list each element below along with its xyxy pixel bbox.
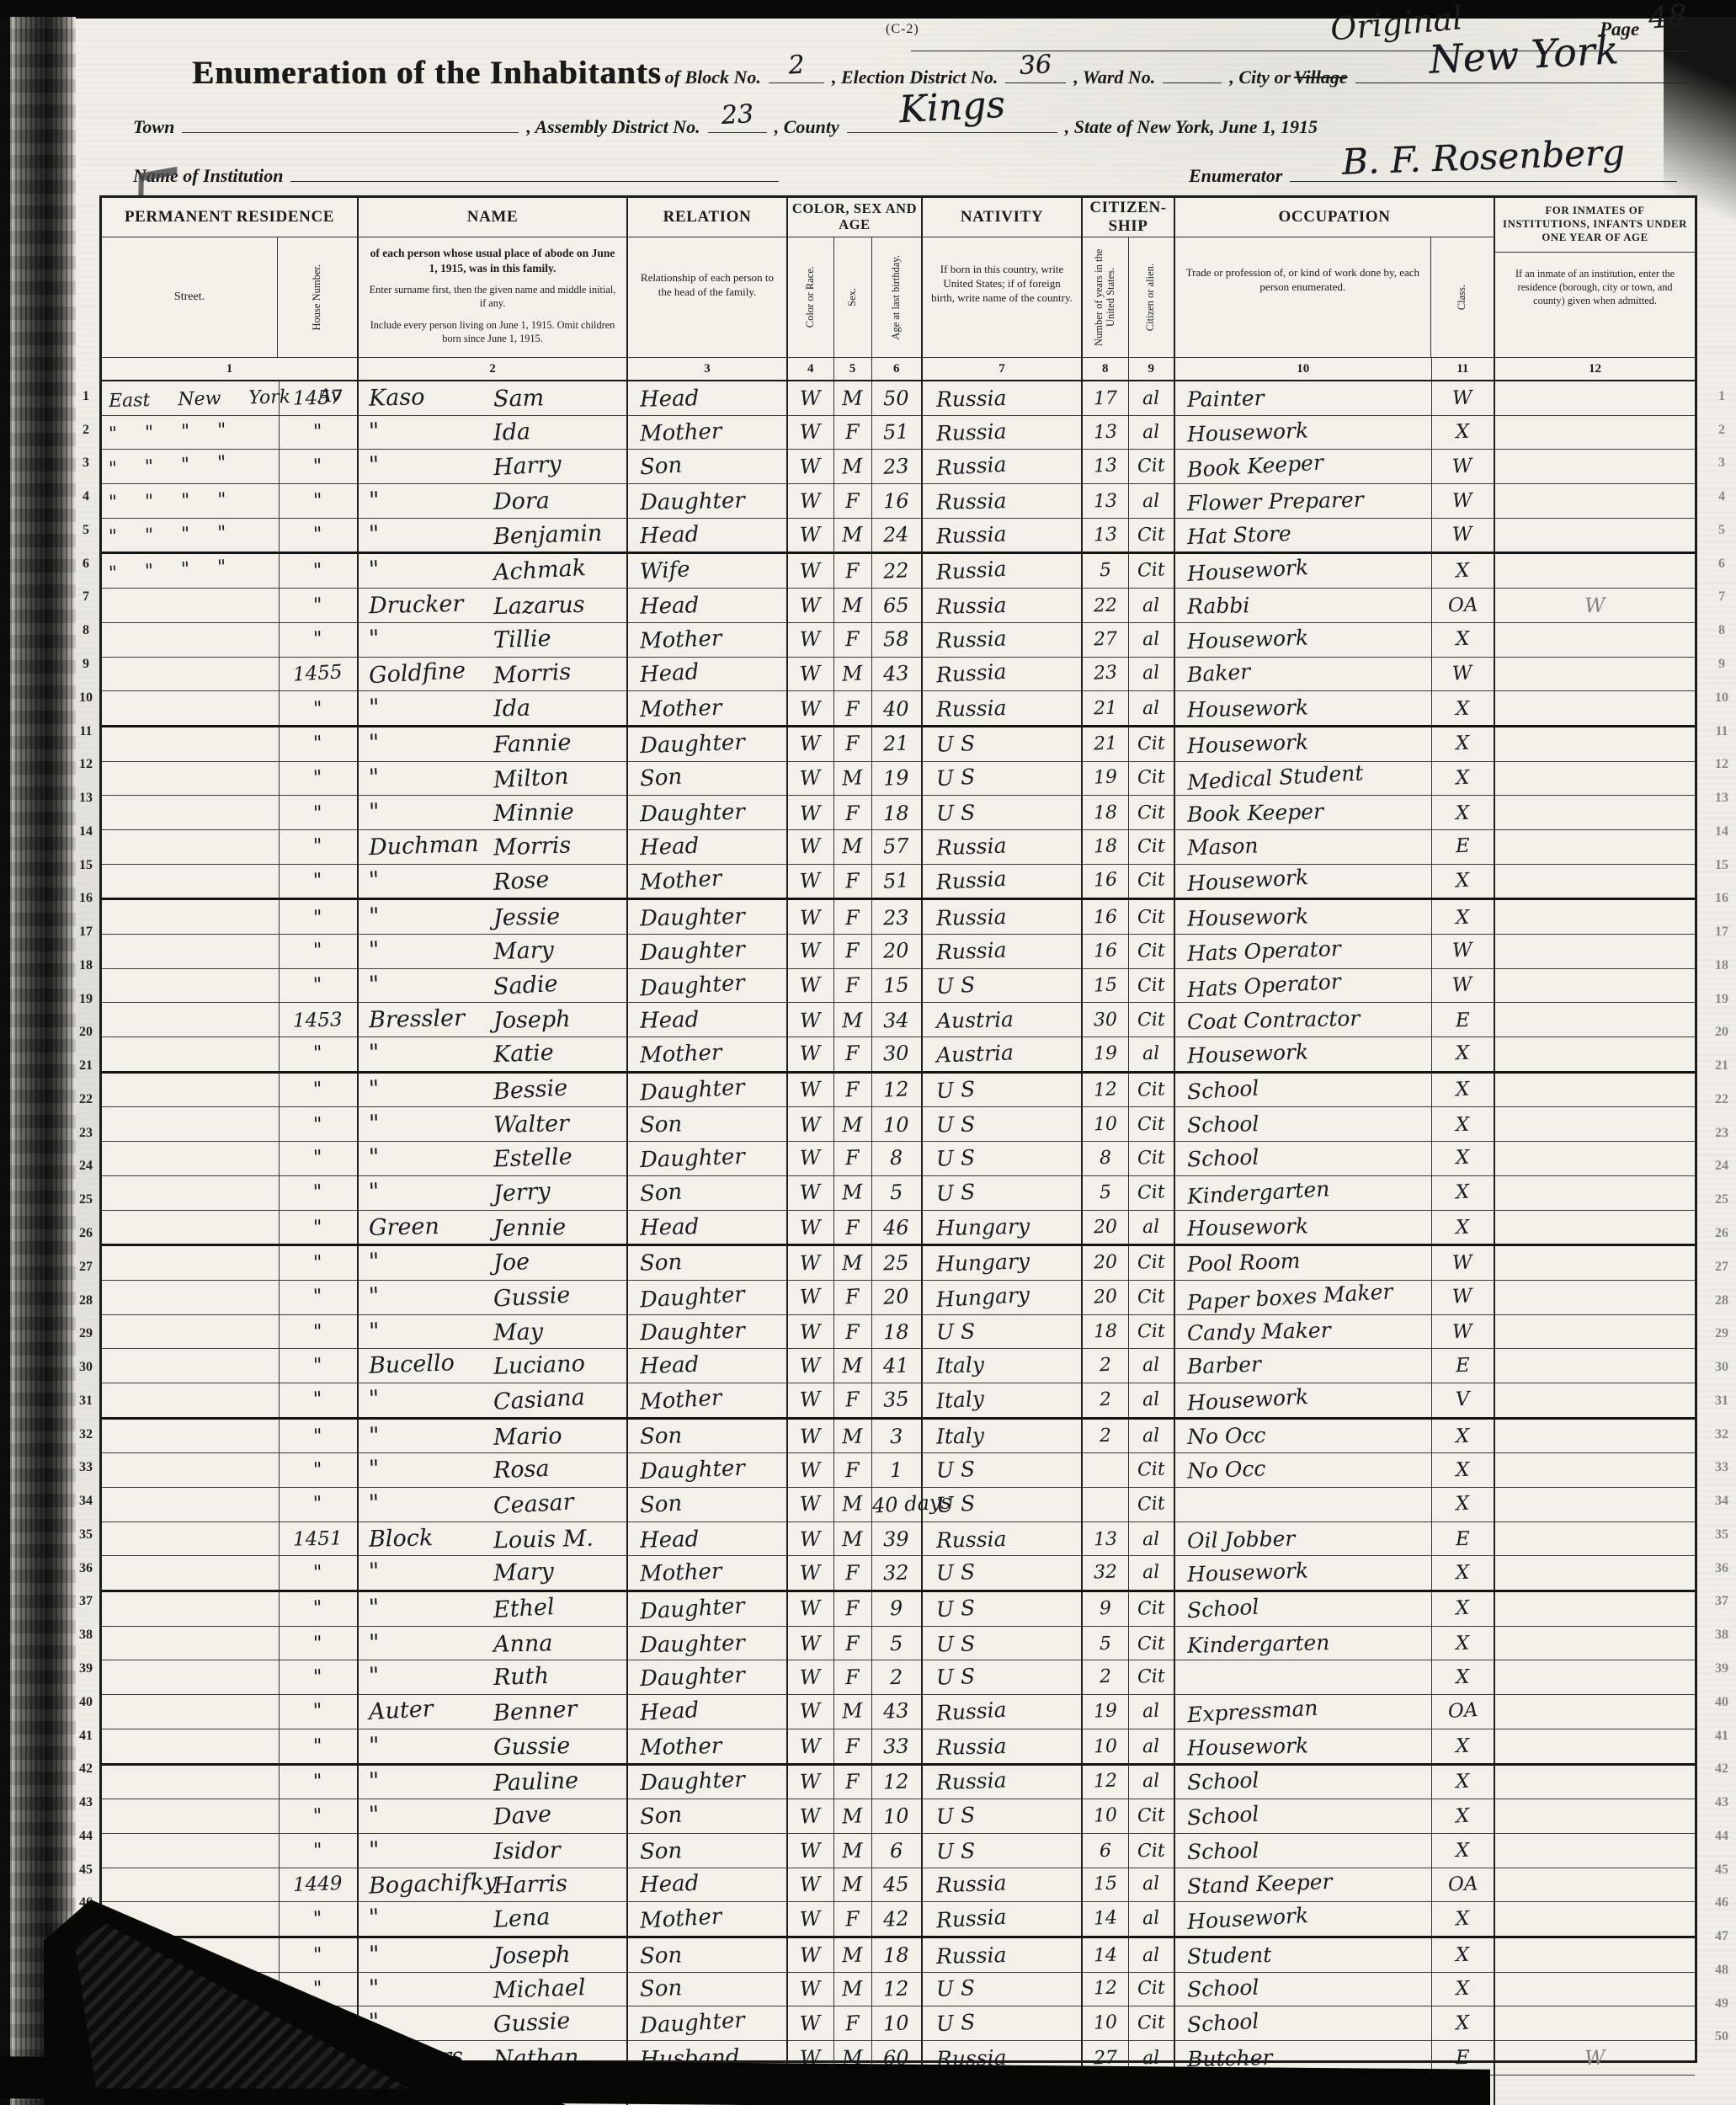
column-number-2: 2 (358, 358, 627, 381)
cell-relation: Mother (627, 691, 787, 727)
nativity-value: Italy (936, 1426, 985, 1447)
cell-occupation: Hats Operator (1174, 935, 1431, 969)
cell-nativity: Russia (922, 829, 1082, 864)
cell-house: " (279, 1314, 358, 1349)
column-number-row: 123456789101112 (102, 358, 1695, 381)
cell-house: " (279, 1418, 358, 1453)
line-number: 2 (1709, 413, 1734, 447)
citizen-value: al (1142, 1427, 1160, 1446)
occupation-value: Baker (1186, 661, 1250, 685)
cell-street (102, 1349, 279, 1383)
cell-class: X (1431, 1037, 1494, 1073)
color-value: W (800, 1945, 821, 1966)
line-number: 48 (1709, 1953, 1734, 1987)
block-label: of Block No. (665, 67, 761, 88)
house-value: " (313, 1634, 322, 1654)
enumeration-table: PERMANENT RESIDENCE Street. House Number… (99, 195, 1697, 2063)
house-value: " (313, 1116, 322, 1135)
cell-occupation: No Occ (1174, 1418, 1431, 1453)
cell-sex: F (833, 484, 871, 519)
cell-citizen: Cit (1128, 1626, 1174, 1660)
line-number: 9 (74, 647, 98, 681)
cell-occupation: School (1174, 1764, 1431, 1799)
cell-inmates (1494, 1591, 1695, 1627)
table-row: ""RuthDaughterWF2U S2CitX (102, 1660, 1695, 1695)
age-value: 21 (883, 733, 909, 754)
table-row: ""PaulineDaughterWF12Russia12alSchoolX (102, 1764, 1695, 1799)
cell-citizen: Cit (1128, 1245, 1174, 1281)
years-value: 10 (1093, 2013, 1117, 2033)
cell-nativity: U S (922, 1972, 1082, 2006)
cell-house: 1453 (279, 1003, 358, 1037)
color-value: W (800, 1771, 821, 1792)
cell-relation: Mother (627, 1037, 787, 1073)
cell-street (102, 1037, 279, 1073)
cell-inmates (1494, 1937, 1695, 1972)
cell-name: "Jerry (358, 1175, 627, 1210)
cell-nativity: Russia (922, 657, 1082, 691)
given-name-value: Dora (493, 489, 551, 514)
given-name-value: Joseph (493, 1943, 571, 1968)
citizen-value: Cit (1137, 1841, 1165, 1861)
cell-name: "Walter (358, 1107, 627, 1142)
name-desc-3: Include every person living on June 1, 1… (359, 311, 626, 346)
age-value: 16 (883, 491, 909, 512)
cell-street (102, 1418, 279, 1453)
cell-sex: M (833, 1418, 871, 1453)
age-value: 12 (883, 1079, 910, 1100)
nativity-value: U S (936, 802, 976, 824)
cell-years: 8 (1082, 1142, 1128, 1176)
color-value: W (800, 1079, 822, 1100)
cell-class: E (1431, 829, 1494, 864)
cell-occupation: Mason (1174, 829, 1431, 864)
cell-street (102, 1764, 279, 1799)
age-value: 41 (883, 1355, 909, 1376)
cell-occupation: Coat Contractor (1174, 1003, 1431, 1037)
cell-inmates (1494, 1695, 1695, 1729)
nativity-value: U S (936, 1978, 976, 2001)
table-row: ""MiltonSonWM19U S19CitMedical StudentX (102, 761, 1695, 796)
cell-relation: Son (627, 1833, 787, 1868)
color-value: W (800, 1115, 821, 1136)
column-number-4: 4 (787, 358, 833, 381)
cell-citizen: al (1128, 1868, 1174, 1902)
occupation-value: School (1187, 1770, 1259, 1793)
line-number: 13 (1709, 781, 1734, 815)
occupation-value: Barber (1187, 1354, 1262, 1378)
surname-value: " (369, 419, 380, 442)
occupation-value: School (1187, 1840, 1259, 1863)
cell-name: BucelloLuciano (358, 1349, 627, 1383)
table-row: ""WalterSonWM10U S10CitSchoolX (102, 1107, 1695, 1142)
house-value: " (313, 976, 323, 996)
cell-citizen: Cit (1128, 1280, 1174, 1314)
age-value: 20 (883, 1286, 910, 1308)
cell-age: 1 (871, 1453, 922, 1488)
citizen-value: Cit (1137, 837, 1165, 856)
cell-nativity: Russia (922, 1521, 1082, 1556)
cell-age: 51 (871, 864, 922, 899)
cell-street (102, 1521, 279, 1556)
citizen-value: Cit (1137, 456, 1165, 477)
sex-value: F (845, 1459, 860, 1480)
age-value: 22 (883, 560, 910, 582)
line-number: 41 (1709, 1719, 1734, 1753)
cell-street: " " " " (102, 450, 279, 484)
cell-years: 10 (1082, 1729, 1128, 1764)
cell-age: 23 (871, 450, 922, 484)
class-value: X (1455, 561, 1470, 581)
cell-sex: M (833, 1488, 871, 1522)
table-row: ""KatieMotherWF30Austria19alHouseworkX (102, 1037, 1695, 1073)
election-no-field: 36 (1005, 78, 1066, 83)
house-value: " (313, 1495, 323, 1515)
cell-sex: M (833, 1695, 871, 1729)
cell-sex: F (833, 1591, 871, 1627)
table-row: East New York Av1457KasoSamHeadWM50Russi… (102, 381, 1695, 415)
cell-sex: M (833, 1521, 871, 1556)
cell-years: 13 (1082, 450, 1128, 484)
occupation-value: School (1186, 1596, 1259, 1622)
cell-class: X (1431, 1142, 1494, 1176)
line-number: 47 (1709, 1920, 1734, 1953)
relation-value: Mother (639, 1387, 722, 1413)
cell-occupation: Housework (1174, 1729, 1431, 1764)
cell-age: 18 (871, 1937, 922, 1972)
cell-street (102, 1072, 279, 1107)
town-line: Town , Assembly District No. 23 , County… (133, 116, 1564, 138)
relation-value: Daughter (639, 1595, 745, 1623)
sex-value: M (842, 1252, 863, 1273)
cell-years: 14 (1082, 1937, 1128, 1972)
occupation-value: Painter (1187, 387, 1265, 410)
cell-citizen: al (1128, 1383, 1174, 1418)
cell-color: W (787, 1245, 833, 1281)
house-value: " (313, 1218, 322, 1238)
election-no-value: 36 (1019, 50, 1052, 81)
street-value: " " " " (109, 421, 226, 444)
cell-class: X (1431, 1453, 1494, 1488)
cell-color: W (787, 518, 833, 553)
cell-street (102, 829, 279, 864)
relation-desc: Relationship of each person to the head … (628, 237, 786, 300)
age-value: 51 (883, 870, 910, 892)
class-value: X (1456, 699, 1470, 718)
cell-nativity: Russia (922, 450, 1082, 484)
cell-years: 19 (1082, 761, 1128, 796)
given-name-value: Gussie (493, 2010, 571, 2037)
nativity-value: Russia (936, 627, 1007, 651)
line-number: 41 (74, 1719, 98, 1753)
cell-years: 16 (1082, 864, 1128, 899)
cell-sex: F (833, 899, 871, 935)
table-row: ""AnnaDaughterWF5U S5CitKindergartenX (102, 1626, 1695, 1660)
occupation-value: Expressman (1186, 1697, 1318, 1726)
cell-nativity: Russia (922, 691, 1082, 727)
cell-age: 8 (871, 1142, 922, 1176)
cell-name: "Pauline (358, 1764, 627, 1799)
cell-occupation (1174, 1660, 1431, 1695)
street-sublabel: Street. (102, 237, 277, 357)
cell-occupation: Hat Store (1174, 518, 1431, 553)
cell-age: 5 (871, 1626, 922, 1660)
cell-house: " (279, 1902, 358, 1937)
cell-street (102, 657, 279, 691)
cell-color: W (787, 1003, 833, 1037)
cell-inmates (1494, 726, 1695, 761)
sex-value: F (845, 1772, 860, 1793)
citizen-value: Cit (1137, 1116, 1165, 1135)
census-table-body: East New York Av1457KasoSamHeadWM50Russi… (102, 381, 1695, 2105)
sex-value: F (845, 1633, 860, 1654)
cell-age: 50 (871, 381, 922, 415)
surname-value: " (368, 1388, 380, 1411)
table-row: " " " """HarrySonWM23Russia13CitBook Kee… (102, 450, 1695, 484)
color-value: W (800, 525, 821, 546)
cell-inmates (1494, 1072, 1695, 1107)
cell-inmates (1494, 1764, 1695, 1799)
cell-relation: Mother (627, 622, 787, 657)
cell-street (102, 1003, 279, 1037)
house-value: " (313, 596, 322, 616)
cell-relation: Head (627, 1521, 787, 1556)
cell-color: W (787, 1349, 833, 1383)
cell-inmates: W (1494, 2041, 1695, 2076)
sex-value: F (845, 629, 860, 650)
color-value: W (800, 1873, 821, 1894)
line-number: 17 (74, 915, 98, 949)
citizen-value: Cit (1137, 1634, 1165, 1654)
cell-age: 6 (871, 1833, 922, 1868)
county-field: Kings (847, 128, 1057, 133)
cell-sex: F (833, 1660, 871, 1695)
cell-occupation: Housework (1174, 1037, 1431, 1073)
sex-value: F (845, 422, 860, 443)
surname-value: Duchman (369, 833, 480, 860)
table-row: "DruckerLazarusHeadWM65Russia22alRabbiOA… (102, 589, 1695, 623)
cell-inmates (1494, 484, 1695, 519)
relation-value: Mother (640, 420, 722, 445)
cell-color: W (787, 1937, 833, 1972)
cell-class: X (1431, 1902, 1494, 1937)
cell-house: " (279, 1072, 358, 1107)
occupation-value: Book Keeper (1186, 452, 1323, 481)
citizen-value: al (1142, 700, 1160, 718)
given-name-value: Morris (493, 660, 572, 687)
occupation-value: Hat Store (1187, 522, 1291, 546)
cell-nativity: Austria (922, 1037, 1082, 1073)
cell-sex: M (833, 1868, 871, 1902)
sex-value: F (845, 491, 860, 511)
cell-house: " (279, 484, 358, 519)
inmates-value: W (1584, 595, 1606, 616)
table-row: ""FannieDaughterWF21U S21CitHouseworkX (102, 726, 1695, 761)
cell-years: 12 (1082, 1072, 1128, 1107)
cell-nativity: U S (922, 2006, 1082, 2041)
cell-inmates (1494, 1280, 1695, 1314)
house-value: " (313, 1599, 323, 1619)
cell-class: X (1431, 796, 1494, 830)
cell-street (102, 968, 279, 1003)
nativity-label: NATIVITY (923, 198, 1081, 237)
cell-name: "Harry (358, 450, 627, 484)
color-value: W (800, 2012, 822, 2033)
line-number: 30 (74, 1351, 98, 1384)
cell-citizen: Cit (1128, 518, 1174, 553)
line-number: 25 (1709, 1183, 1734, 1217)
cell-occupation: School (1174, 1799, 1431, 1834)
cell-name: "Mary (358, 1556, 627, 1591)
citizen-value: al (1142, 1910, 1160, 1929)
relation-value: Head (639, 1699, 700, 1724)
cell-sex: M (833, 1107, 871, 1142)
cell-age: 41 (871, 1349, 922, 1383)
class-value: X (1456, 423, 1470, 443)
cell-age: 10 (871, 1799, 922, 1834)
cell-inmates (1494, 1868, 1695, 1902)
occupation-label: OCCUPATION (1175, 198, 1494, 237)
given-name-value: Ruth (493, 1665, 550, 1689)
cell-years: 30 (1082, 1003, 1128, 1037)
line-number: 24 (1709, 1150, 1734, 1184)
nativity-value: Russia (936, 523, 1007, 546)
citizen-value: al (1142, 423, 1160, 442)
nativity-value: Austria (936, 1042, 1014, 1065)
cell-nativity: U S (922, 1833, 1082, 1868)
cell-relation: Mother (627, 1556, 787, 1591)
cell-inmates (1494, 1210, 1695, 1245)
cell-name: "Ceasar (358, 1488, 627, 1522)
cell-relation: Son (627, 1175, 787, 1210)
cell-relation: Daughter (627, 2006, 787, 2041)
line-number: 3 (74, 447, 98, 481)
cell-inmates (1494, 1556, 1695, 1591)
cell-color: W (787, 829, 833, 864)
sex-value: M (842, 1010, 863, 1031)
cell-inmates (1494, 864, 1695, 899)
cell-nativity: U S (922, 1453, 1082, 1488)
citizen-value: al (1142, 493, 1160, 511)
cell-sex: M (833, 1349, 871, 1383)
color-value: W (800, 698, 821, 719)
cell-color: W (787, 553, 833, 589)
line-number: 14 (74, 815, 98, 849)
age-value: 8 (890, 1148, 903, 1169)
cell-nativity: Russia (922, 864, 1082, 899)
cell-house: " (279, 1833, 358, 1868)
block-no-value: 2 (787, 51, 805, 81)
surname-value: " (369, 939, 380, 962)
ward-label: , Ward No. (1073, 67, 1155, 88)
sex-value: F (845, 1322, 860, 1342)
sex-value: M (842, 525, 863, 546)
years-value: 9 (1099, 1600, 1111, 1619)
nativity-value: U S (936, 1458, 976, 1481)
cell-occupation: Kindergarten (1174, 1626, 1431, 1660)
given-name-value: Anna (493, 1632, 553, 1656)
cell-years: 9 (1082, 1591, 1128, 1627)
cell-house: " (279, 415, 358, 450)
sex-value: M (842, 1494, 864, 1515)
color-value: W (800, 1252, 821, 1273)
relation-value: Daughter (640, 1146, 746, 1171)
color-value: W (800, 1181, 822, 1202)
street-value: " " " " (108, 558, 226, 584)
nativity-value: Russia (936, 1944, 1007, 1967)
nativity-value: Russia (936, 490, 1007, 513)
age-value: 34 (883, 1010, 909, 1031)
class-value: E (1455, 1356, 1470, 1376)
cell-street (102, 1142, 279, 1176)
city-field: New York (1355, 78, 1692, 83)
surname-value: " (369, 1319, 380, 1342)
relation-value: Mother (640, 1735, 722, 1759)
age-value: 57 (883, 836, 909, 857)
cell-house: " (279, 1764, 358, 1799)
nativity-value: Russia (936, 1770, 1007, 1793)
cell-relation: Son (627, 761, 787, 796)
nativity-value: U S (936, 733, 976, 755)
line-number: 45 (74, 1853, 98, 1887)
cell-inmates (1494, 1418, 1695, 1453)
class-value: X (1456, 1148, 1470, 1169)
house-value: 1453 (293, 1010, 343, 1031)
column-color-sex-age: COLOR, SEX AND AGE Color or Race. Sex. A… (787, 198, 922, 358)
surname-value: " (369, 1632, 380, 1655)
cell-nativity: U S (922, 1175, 1082, 1210)
cell-sex: F (833, 1764, 871, 1799)
cell-name: "Rose (358, 864, 627, 899)
cell-occupation: Book Keeper (1174, 450, 1431, 484)
cell-class: OA (1431, 1695, 1494, 1729)
line-number: 10 (1709, 681, 1734, 715)
sex-value: F (845, 1287, 860, 1308)
column-permanent-residence: PERMANENT RESIDENCE Street. House Number… (102, 198, 358, 358)
column-name: NAME of each person whose usual place of… (358, 198, 627, 358)
age-value: 43 (883, 1701, 910, 1723)
cell-class: X (1431, 1937, 1494, 1972)
relation-value: Son (640, 1840, 683, 1863)
cell-citizen: Cit (1128, 1799, 1174, 1834)
sex-value: F (845, 1736, 860, 1756)
cell-color: W (787, 1799, 833, 1834)
cell-class: X (1431, 1626, 1494, 1660)
table-row: ""JessieDaughterWF23Russia16CitHousework… (102, 899, 1695, 935)
cell-relation: Head (627, 381, 787, 415)
cell-street (102, 864, 279, 899)
class-value: W (1452, 456, 1473, 477)
age-value: 30 (883, 1043, 909, 1064)
cell-color: W (787, 1314, 833, 1349)
house-value: " (313, 837, 322, 856)
cell-inmates (1494, 415, 1695, 450)
years-value: 6 (1100, 1842, 1111, 1861)
occupation-desc: Trade or profession of, or kind of work … (1175, 237, 1430, 295)
age-value: 42 (883, 1908, 910, 1930)
cell-years: 23 (1082, 657, 1128, 691)
surname-value: " (368, 1906, 380, 1930)
cell-citizen: Cit (1128, 1003, 1174, 1037)
occupation-value: Student (1187, 1944, 1272, 1967)
cell-color: W (787, 761, 833, 796)
cell-citizen: al (1128, 381, 1174, 415)
citizen-value: Cit (1137, 2013, 1165, 2033)
relation-value: Head (640, 835, 700, 859)
cell-relation: Daughter (627, 968, 787, 1003)
relation-value: Son (639, 1180, 683, 1205)
class-value: X (1456, 1737, 1470, 1756)
